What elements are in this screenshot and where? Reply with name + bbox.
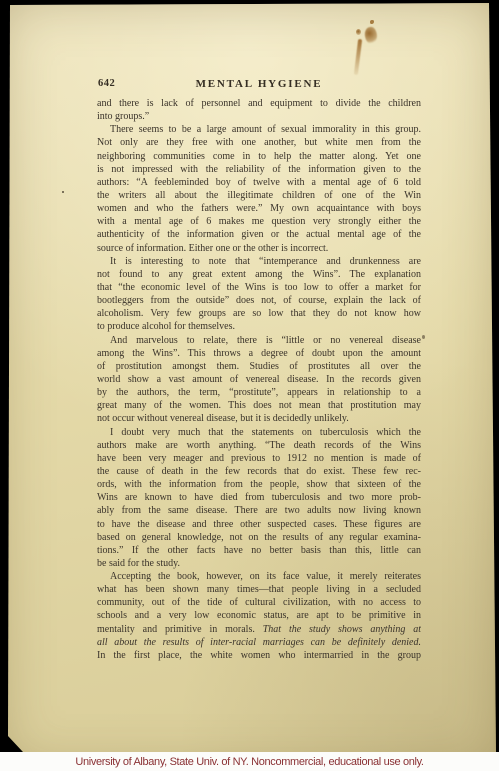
- text-line: It is interesting to note that “intemper…: [97, 255, 421, 268]
- running-header: 642 MENTAL HYGIENE: [97, 78, 421, 92]
- text-line: There seems to be a large amount of sexu…: [97, 123, 421, 136]
- text-line: ords, with the information from the peop…: [97, 478, 421, 491]
- text-line: tions.” If the other facts have no bette…: [97, 544, 421, 557]
- text-line: among the Wins”. This throws a degree of…: [97, 347, 421, 360]
- text-line: the cause of death in the few records th…: [97, 465, 421, 478]
- text-line: that “the economic level of the Wins is …: [97, 281, 421, 294]
- text-line: community, out of the tide of cultural c…: [97, 596, 421, 609]
- text-line: the writers all about the illegitimate c…: [97, 189, 421, 202]
- book-page: 642 MENTAL HYGIENE and there is lack of …: [0, 0, 499, 771]
- text-line: source of information. Either one or the…: [97, 242, 421, 255]
- text-line: of prostitution amongst them. Studies of…: [97, 360, 421, 373]
- text-line: authenticity of the information given or…: [97, 228, 421, 241]
- text-line: In the first place, the white women who …: [97, 649, 421, 662]
- text-line: and there is lack of personnel and equip…: [97, 97, 421, 110]
- text-line: based on general knowledge, not on the r…: [97, 531, 421, 544]
- running-head-title: MENTAL HYGIENE: [97, 78, 421, 90]
- credit-text: University of Albany, State Univ. of NY.…: [75, 756, 423, 768]
- text-line: alcoholism. Very few groups are so low t…: [97, 307, 421, 320]
- page-number: 642: [98, 78, 115, 89]
- text-line: all about the results of inter-racial ma…: [97, 636, 421, 649]
- text-line: Not only are they free with one another,…: [97, 136, 421, 149]
- stain-mark: [356, 29, 361, 35]
- text-line: authors: “A feebleminded boy of twelve w…: [97, 176, 421, 189]
- text-line: to produce alcohol for themselves.: [97, 320, 421, 333]
- text-line: be said for the study.: [97, 557, 421, 570]
- text-line: great many of the women. This does not m…: [97, 399, 421, 412]
- scan-background: 642 MENTAL HYGIENE and there is lack of …: [0, 0, 499, 771]
- text-line: Wins are known to have died from tubercu…: [97, 491, 421, 504]
- text-line: And marvelous to relate, there is “littl…: [97, 334, 421, 347]
- text-line: mentality and primitive in morals. That …: [97, 623, 421, 636]
- text-line: ably from the same disease. There are tw…: [97, 504, 421, 517]
- credit-bar: University of Albany, State Univ. of NY.…: [0, 752, 499, 771]
- text-line: what has been shown many times—that peop…: [97, 583, 421, 596]
- text-line: world show a vast amount of venereal dis…: [97, 373, 421, 386]
- text-line: Accepting the book, however, on its face…: [97, 570, 421, 583]
- text-line: into groups.”: [97, 110, 421, 123]
- text-line: have been very meager and previous to 19…: [97, 452, 421, 465]
- stain-mark: [370, 20, 374, 24]
- stain-mark: [363, 26, 378, 45]
- ink-speck: [62, 191, 64, 193]
- text-line: by the authors, the term, “prostitute”, …: [97, 386, 421, 399]
- text-line: to have the disease and three other susp…: [97, 518, 421, 531]
- text-line: schools and a very low economic status, …: [97, 609, 421, 622]
- text-line: not occur without venereal disease, but …: [97, 412, 421, 425]
- text-line: authors make are worth anything. “The de…: [97, 439, 421, 452]
- ink-speck: [422, 335, 425, 339]
- text-line: is not impressed with the reliability of…: [97, 163, 421, 176]
- text-line: women and who the fathers were.” My own …: [97, 202, 421, 215]
- stain-mark: [354, 39, 362, 75]
- page-body: and there is lack of personnel and equip…: [97, 97, 421, 662]
- text-line: with a mental age of 6 makes me question…: [97, 215, 421, 228]
- text-line: neighboring communities come in to help …: [97, 150, 421, 163]
- text-line: bootleggers from the outside” does not, …: [97, 294, 421, 307]
- text-line: not found to any great extent among the …: [97, 268, 421, 281]
- text-line: I doubt very much that the statements on…: [97, 426, 421, 439]
